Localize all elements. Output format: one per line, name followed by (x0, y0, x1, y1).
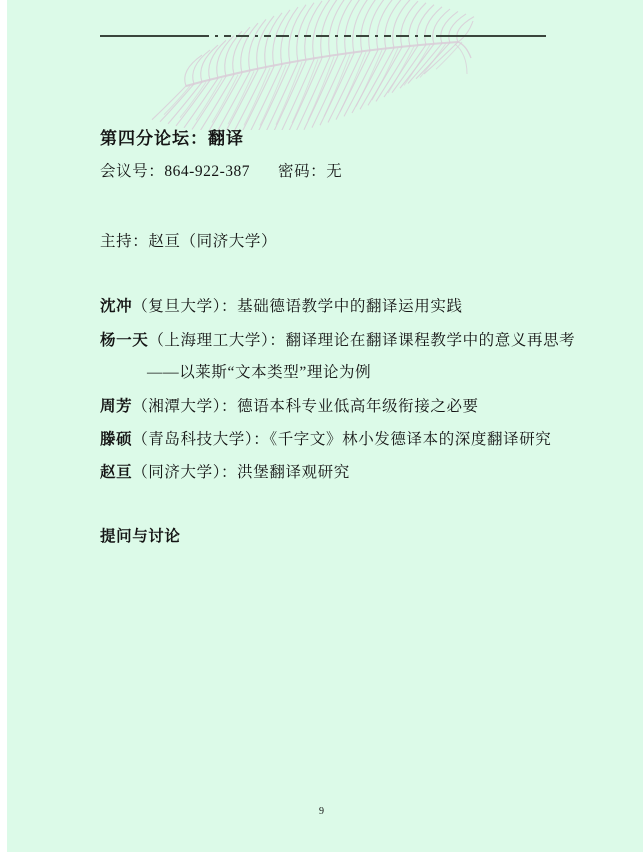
speaker-name: 滕硕 (100, 431, 132, 448)
host-affiliation: （同济大学） (181, 233, 278, 250)
meeting-id-value: 864-922-387 (164, 163, 250, 180)
password-value: 无 (326, 163, 342, 180)
presentation-line: 滕硕（青岛科技大学）：《千字文》林小发德译本的深度翻译研究 (100, 429, 551, 450)
page-number: 9 (0, 806, 643, 817)
presentation-line: 周芳（湘潭大学）：德语本科专业低高年级衔接之必要 (100, 396, 479, 417)
presentation-text: ——以莱斯“文本类型”理论为例 (147, 364, 371, 381)
speaker-name: 杨一天 (100, 332, 148, 349)
password-label: 密码： (278, 163, 326, 180)
meeting-info: 会议号：864-922-387密码：无 (100, 161, 342, 182)
presentation-text: （湘潭大学）：德语本科专业低高年级衔接之必要 (132, 398, 478, 415)
presentation-text: （同济大学）：洪堡翻译观研究 (132, 464, 350, 481)
speaker-name: 沈冲 (100, 298, 132, 315)
forum-title: 第四分论坛：翻译 (100, 128, 244, 149)
feather-icon (0, 0, 643, 130)
presentation-line-continuation: ——以莱斯“文本类型”理论为例 (147, 362, 371, 383)
meeting-id-label: 会议号： (100, 163, 164, 180)
presentation-line: 赵亘（同济大学）：洪堡翻译观研究 (100, 462, 350, 483)
presentation-line: 沈冲（复旦大学）：基础德语教学中的翻译运用实践 (100, 296, 463, 317)
speaker-name: 赵亘 (100, 464, 132, 481)
host-name: 赵亘 (148, 233, 180, 250)
presentation-text: （青岛科技大学）：《千字文》林小发德译本的深度翻译研究 (132, 431, 551, 448)
document-page: 第四分论坛：翻译 会议号：864-922-387密码：无 主持：赵亘（同济大学）… (0, 0, 643, 852)
presentation-text: （复旦大学）：基础德语教学中的翻译运用实践 (132, 298, 462, 315)
presentation-text: （上海理工大学）：翻译理论在翻译课程教学中的意义再思考 (148, 332, 575, 349)
host-label: 主持： (100, 233, 148, 250)
speaker-name: 周芳 (100, 398, 132, 415)
qa-heading: 提问与讨论 (100, 526, 181, 547)
host-line: 主持：赵亘（同济大学） (100, 231, 277, 252)
presentation-line: 杨一天（上海理工大学）：翻译理论在翻译课程教学中的意义再思考 (100, 330, 575, 351)
